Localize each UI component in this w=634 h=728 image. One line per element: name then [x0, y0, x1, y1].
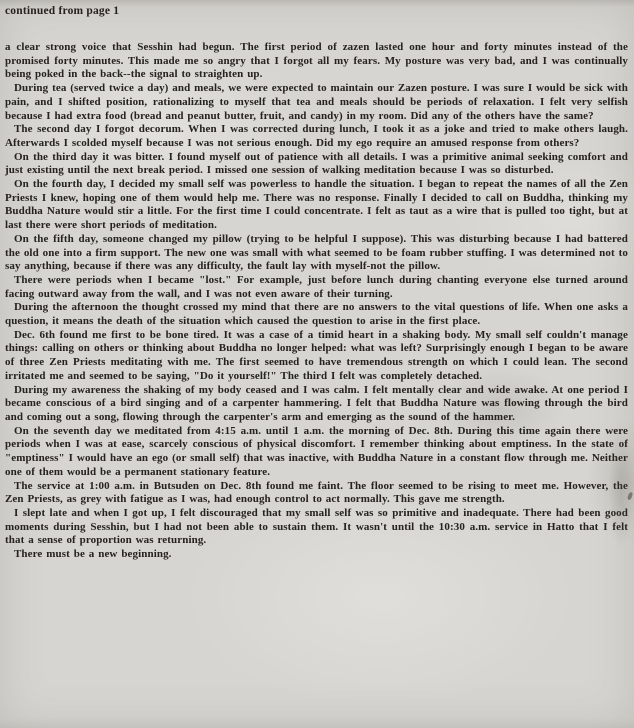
paragraph-9: Dec. 6th found me first to be bone tired…: [5, 329, 628, 384]
paragraph-10: During my awareness the shaking of my bo…: [5, 384, 628, 425]
paragraph-11: On the seventh day we meditated from 4:1…: [5, 425, 628, 480]
continued-from-note: continued from page 1: [5, 5, 628, 17]
paragraph-8: During the afternoon the thought crossed…: [5, 301, 628, 328]
paragraph-3: The second day I forgot decorum. When I …: [5, 123, 628, 150]
paragraph-2: During tea (served twice a day) and meal…: [5, 82, 628, 123]
paragraph-12: The service at 1:00 a.m. in Butsuden on …: [5, 480, 628, 507]
paragraph-6: On the fifth day, someone changed my pil…: [5, 233, 628, 274]
scan-smudge: [608, 430, 634, 550]
paragraph-5: On the fourth day, I decided my small se…: [5, 178, 628, 233]
article-body: a clear strong voice that Sesshin had be…: [5, 41, 628, 562]
document-page: continued from page 1 a clear strong voi…: [0, 0, 634, 728]
paragraph-7: There were periods when I became "lost."…: [5, 274, 628, 301]
paragraph-1: a clear strong voice that Sesshin had be…: [5, 41, 628, 82]
paragraph-14: There must be a new beginning.: [5, 548, 628, 562]
paragraph-4: On the third day it was bitter. I found …: [5, 151, 628, 178]
paragraph-13: I slept late and when I got up, I felt d…: [5, 507, 628, 548]
